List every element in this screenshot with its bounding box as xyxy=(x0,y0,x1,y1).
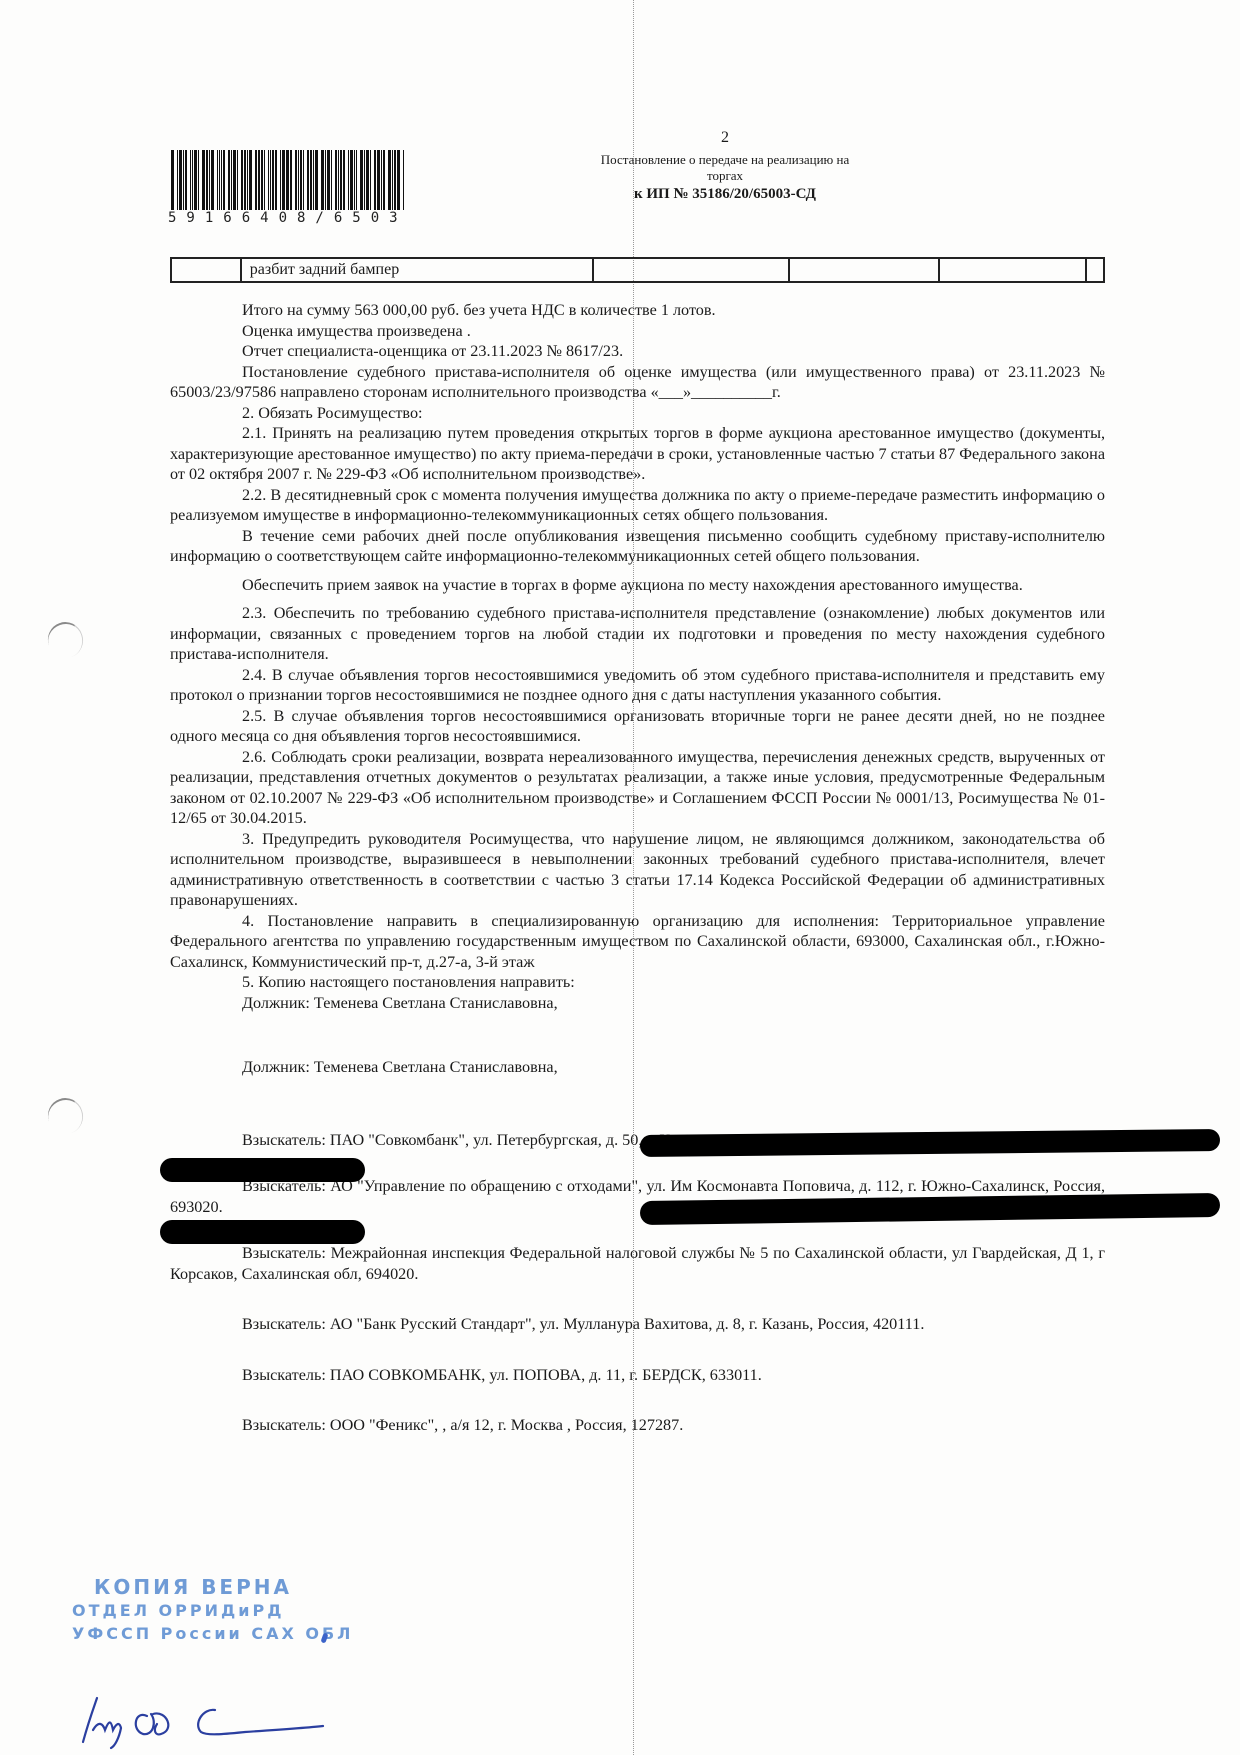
barcode-bar xyxy=(356,150,357,210)
barcode-bar xyxy=(392,150,393,210)
barcode-bar xyxy=(241,150,243,210)
document-page: 59166408/6503 2 Постановление о передаче… xyxy=(0,0,1240,1755)
barcode-bar xyxy=(370,150,371,210)
barcode-bar xyxy=(202,150,205,210)
barcode-bar xyxy=(185,150,187,210)
valuation-line: Оценка имущества произведена . xyxy=(170,321,1105,342)
section-2-2-b: В течение семи рабочих дней после опубли… xyxy=(170,526,1105,567)
barcode-bar xyxy=(388,150,391,210)
barcode-bar xyxy=(231,150,232,210)
table-cell xyxy=(939,258,1086,282)
section-2-4: 2.4. В случае объявления торгов несостоя… xyxy=(170,665,1105,706)
barcode-bar xyxy=(364,150,365,210)
barcode-bar xyxy=(295,150,297,210)
document-body: Итого на сумму 563 000,00 руб. без учета… xyxy=(170,292,1105,1436)
barcode-bar xyxy=(261,150,263,210)
total-line: Итого на сумму 563 000,00 руб. без учета… xyxy=(170,300,1105,321)
barcode-bar xyxy=(177,150,178,210)
barcode-bar xyxy=(327,150,330,210)
redaction-mark xyxy=(160,1220,365,1244)
barcode-bar xyxy=(206,150,208,210)
barcode-bar xyxy=(198,150,199,210)
barcode-bar xyxy=(321,150,324,210)
barcode-bar xyxy=(383,150,385,210)
barcode-bar xyxy=(179,150,182,210)
barcode-bar xyxy=(286,150,289,210)
barcode-bar xyxy=(394,150,396,210)
copy-certified-stamp: КОПИЯ ВЕРНА ОТДЕЛ ОРРИДиРД УФССП России … xyxy=(72,1575,353,1643)
barcode-bar xyxy=(171,150,174,210)
barcode-bar xyxy=(331,150,332,210)
barcode-bar xyxy=(183,150,184,210)
barcode-bar xyxy=(280,150,281,210)
barcode-bar xyxy=(354,150,355,210)
table-cell xyxy=(593,258,789,282)
barcode-bar xyxy=(249,150,252,210)
signature xyxy=(75,1690,325,1750)
barcode-bar xyxy=(313,150,314,210)
section-2-6: 2.6. Соблюдать сроки реализации, возврат… xyxy=(170,747,1105,829)
barcode-bar xyxy=(377,150,380,210)
section-2-2-c: Обеспечить прием заявок на участие в тор… xyxy=(170,575,1105,596)
barcode-bar xyxy=(366,150,369,210)
creditor-line: Взыскатель: Межрайонная инспекция Федера… xyxy=(170,1243,1105,1284)
barcode-bar xyxy=(258,150,260,210)
barcode-bar xyxy=(298,150,299,210)
barcode-bar xyxy=(192,150,193,210)
barcode-bar xyxy=(209,150,210,210)
barcode-bar xyxy=(360,150,363,210)
barcode-bar xyxy=(303,150,304,210)
section-3: 3. Предупредить руководителя Росимуществ… xyxy=(170,829,1105,911)
barcode-bar xyxy=(194,150,197,210)
barcode-bar xyxy=(244,150,246,210)
barcode-bar xyxy=(350,150,353,210)
barcode-bar xyxy=(338,150,339,210)
barcode-bar xyxy=(237,150,238,210)
debtor-line: Должник: Теменева Светлана Станиславовна… xyxy=(170,993,1105,1014)
case-number: к ИП № 35186/20/65003-СД xyxy=(560,186,890,202)
table-cell xyxy=(789,258,939,282)
debtor-line: Должник: Теменева Светлана Станиславовна… xyxy=(170,1057,1105,1078)
barcode-bar xyxy=(300,150,302,210)
barcode-bar xyxy=(403,150,404,210)
barcode-bar xyxy=(255,150,257,210)
barcode-bar xyxy=(335,150,337,210)
barcode-bar xyxy=(282,150,285,210)
stamp-line: КОПИЯ ВЕРНА xyxy=(94,1575,353,1599)
section-2: 2. Обязать Росимущество: xyxy=(170,403,1105,424)
report-line: Отчет специалиста-оценщика от 23.11.2023… xyxy=(170,341,1105,362)
barcode-bar xyxy=(325,150,326,210)
punch-hole-mark xyxy=(43,617,88,663)
barcode-bar xyxy=(381,150,382,210)
punch-hole-mark xyxy=(43,1093,88,1139)
barcode-bar xyxy=(264,150,265,210)
section-2-2: 2.2. В десятидневный срок с момента полу… xyxy=(170,485,1105,526)
barcode-bar xyxy=(221,150,222,210)
creditor-line: Взыскатель: ООО "Феникс", , а/я 12, г. М… xyxy=(170,1415,1105,1436)
barcode-bar xyxy=(190,150,191,210)
table-cell: разбит задний бампер xyxy=(241,258,593,282)
redaction-mark xyxy=(160,1158,365,1182)
table-cell xyxy=(1086,258,1104,282)
barcode-bar xyxy=(397,150,400,210)
barcode-bar xyxy=(217,150,218,210)
barcode-bar xyxy=(228,150,230,210)
section-5: 5. Копию настоящего постановления направ… xyxy=(170,972,1105,993)
barcode-bar xyxy=(233,150,236,210)
barcode-bar xyxy=(272,150,274,210)
resolution-paragraph: Постановление судебного пристава-исполни… xyxy=(170,362,1105,403)
page-number: 2 xyxy=(560,130,890,146)
barcode-bar xyxy=(374,150,376,210)
barcode-bar xyxy=(223,150,225,210)
barcode-bar xyxy=(219,150,220,210)
stamp-line: УФССП России САХ ОБЛ xyxy=(72,1624,353,1643)
stamp-line: ОТДЕЛ ОРРИДиРД xyxy=(72,1601,353,1620)
barcode-number: 59166408/6503 xyxy=(168,210,408,226)
barcode-bar xyxy=(343,150,345,210)
barcode-bar xyxy=(270,150,271,210)
barcode xyxy=(171,150,471,210)
section-2-5: 2.5. В случае объявления торгов несостоя… xyxy=(170,706,1105,747)
barcode-bar xyxy=(211,150,214,210)
document-header: 2 Постановление о передаче на реализацию… xyxy=(560,130,890,202)
document-title: Постановление о передаче на реализацию н… xyxy=(560,152,890,168)
section-2-3: 2.3. Обеспечить по требованию судебного … xyxy=(170,603,1105,665)
redaction-mark xyxy=(640,1129,1220,1157)
barcode-bar xyxy=(348,150,349,210)
barcode-bar xyxy=(290,150,292,210)
barcode-bar xyxy=(340,150,342,210)
creditor-line: Взыскатель: АО "Банк Русский Стандарт", … xyxy=(170,1314,1105,1335)
barcode-bar xyxy=(310,150,312,210)
section-2-1: 2.1. Принять на реализацию путем проведе… xyxy=(170,423,1105,485)
barcode-bar xyxy=(275,150,277,210)
barcode-bar xyxy=(247,150,248,210)
table-cell xyxy=(171,258,241,282)
barcode-bar xyxy=(315,150,318,210)
section-4: 4. Постановление направить в специализир… xyxy=(170,911,1105,973)
table-row: разбит задний бампер xyxy=(171,258,1104,282)
barcode-bar xyxy=(307,150,309,210)
creditor-line: Взыскатель: ПАО СОВКОМБАНК, ул. ПОПОВА, … xyxy=(170,1365,1105,1386)
lot-table: разбит задний бампер xyxy=(170,257,1105,283)
barcode-bar xyxy=(268,150,269,210)
document-title-cont: торгах xyxy=(560,168,890,184)
